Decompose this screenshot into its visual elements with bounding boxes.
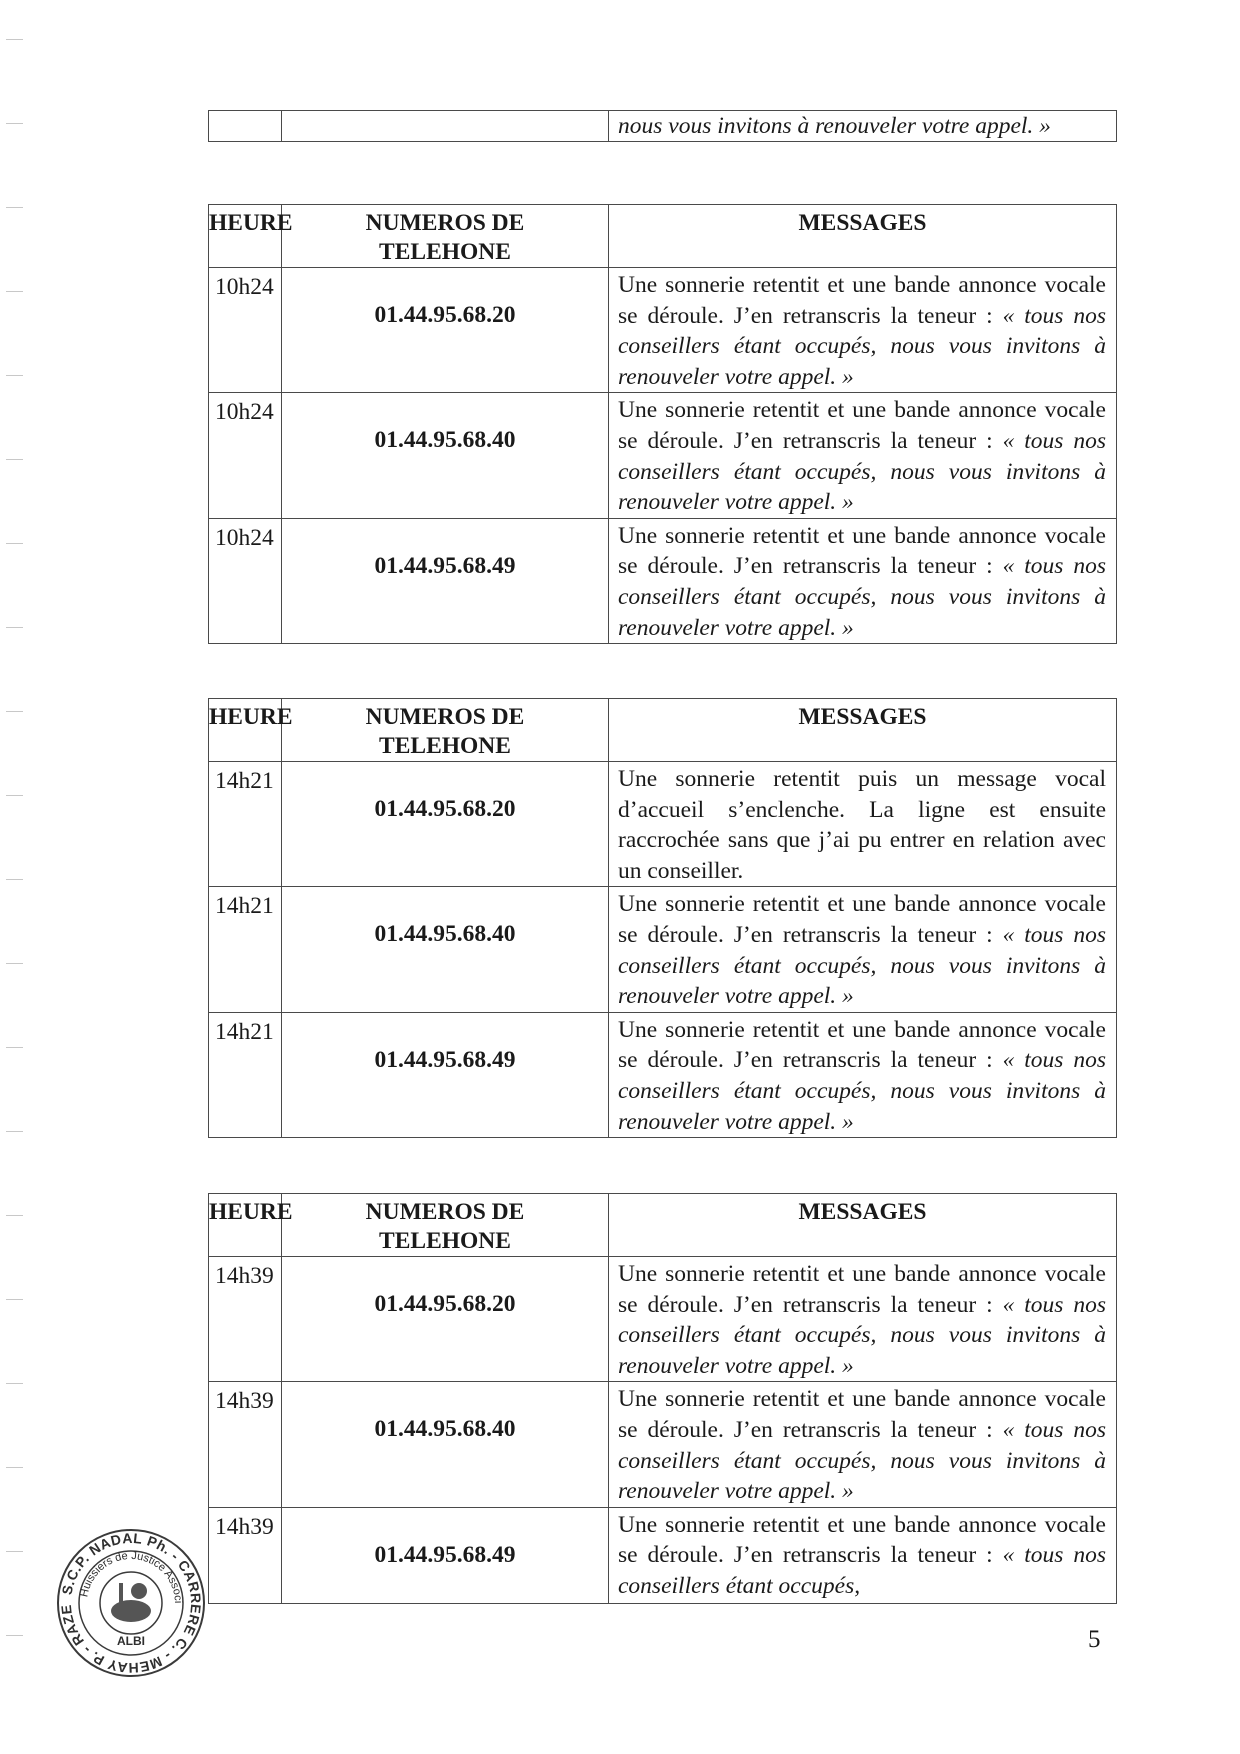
time-cell: 14h39	[209, 1257, 282, 1382]
phone-cell: 01.44.95.68.20	[282, 762, 609, 887]
header-row: HEURENUMEROS DETELEHONEMESSAGES	[209, 1194, 1117, 1257]
header-time: HEURE	[209, 699, 282, 762]
time-cell: 10h24	[209, 268, 282, 393]
phone-cell: 01.44.95.68.40	[282, 393, 609, 518]
header-phone: NUMEROS DETELEHONE	[282, 699, 609, 762]
phone-cell: 01.44.95.68.20	[282, 268, 609, 393]
phone-cell: 01.44.95.68.20	[282, 1257, 609, 1382]
phone-cell: 01.44.95.68.40	[282, 887, 609, 1012]
message-cell: Une sonnerie retentit et une bande annon…	[609, 393, 1117, 518]
table-row: 10h2401.44.95.68.20Une sonnerie retentit…	[209, 268, 1117, 393]
table-row: 14h3901.44.95.68.49Une sonnerie retentit…	[209, 1507, 1117, 1603]
message-cell: Une sonnerie retentit puis un message vo…	[609, 762, 1117, 887]
continuation-table: nous vous invitons à renouveler votre ap…	[208, 110, 1117, 142]
phone-cell	[282, 111, 609, 142]
table-row: 14h2101.44.95.68.20Une sonnerie retentit…	[209, 762, 1117, 887]
table-row: 10h2401.44.95.68.49Une sonnerie retentit…	[209, 518, 1117, 643]
svg-text:ALBI: ALBI	[117, 1634, 145, 1648]
header-phone: NUMEROS DETELEHONE	[282, 205, 609, 268]
time-cell: 14h39	[209, 1382, 282, 1507]
phone-cell: 01.44.95.68.49	[282, 1507, 609, 1603]
phone-cell: 01.44.95.68.40	[282, 1382, 609, 1507]
call-log-table: HEURENUMEROS DETELEHONEMESSAGES14h2101.4…	[208, 698, 1117, 1138]
header-row: HEURENUMEROS DETELEHONEMESSAGES	[209, 699, 1117, 762]
message-cell: Une sonnerie retentit et une bande annon…	[609, 1382, 1117, 1507]
table-row: 10h2401.44.95.68.40Une sonnerie retentit…	[209, 393, 1117, 518]
time-cell: 10h24	[209, 393, 282, 518]
header-time: HEURE	[209, 1194, 282, 1257]
call-log-table: HEURENUMEROS DETELEHONEMESSAGES10h2401.4…	[208, 204, 1117, 644]
time-cell: 14h21	[209, 1012, 282, 1137]
header-messages: MESSAGES	[609, 1194, 1117, 1257]
time-cell: 14h21	[209, 762, 282, 887]
time-cell: 10h24	[209, 518, 282, 643]
message-cell: Une sonnerie retentit et une bande annon…	[609, 887, 1117, 1012]
table-row: 14h3901.44.95.68.40Une sonnerie retentit…	[209, 1382, 1117, 1507]
phone-cell: 01.44.95.68.49	[282, 518, 609, 643]
call-log-table: HEURENUMEROS DETELEHONEMESSAGES14h3901.4…	[208, 1193, 1117, 1604]
header-phone: NUMEROS DETELEHONE	[282, 1194, 609, 1257]
message-cell: nous vous invitons à renouveler votre ap…	[609, 111, 1117, 142]
phone-cell: 01.44.95.68.49	[282, 1012, 609, 1137]
table-row: 14h2101.44.95.68.40Une sonnerie retentit…	[209, 887, 1117, 1012]
header-time: HEURE	[209, 205, 282, 268]
message-cell: Une sonnerie retentit et une bande annon…	[609, 1257, 1117, 1382]
message-cell: Une sonnerie retentit et une bande annon…	[609, 1012, 1117, 1137]
bailiff-stamp-icon: S.C.P. NADAL Ph. - CARRERE C. - MEHAY P.…	[55, 1527, 207, 1679]
message-cell: Une sonnerie retentit et une bande annon…	[609, 1507, 1117, 1603]
table-row: 14h3901.44.95.68.20Une sonnerie retentit…	[209, 1257, 1117, 1382]
time-cell	[209, 111, 282, 142]
header-messages: MESSAGES	[609, 205, 1117, 268]
message-cell: Une sonnerie retentit et une bande annon…	[609, 518, 1117, 643]
time-cell: 14h21	[209, 887, 282, 1012]
table-row: 14h2101.44.95.68.49Une sonnerie retentit…	[209, 1012, 1117, 1137]
header-messages: MESSAGES	[609, 699, 1117, 762]
table-row: nous vous invitons à renouveler votre ap…	[209, 111, 1117, 142]
time-cell: 14h39	[209, 1507, 282, 1603]
header-row: HEURENUMEROS DETELEHONEMESSAGES	[209, 205, 1117, 268]
message-cell: Une sonnerie retentit et une bande annon…	[609, 268, 1117, 393]
page-number: 5	[1088, 1626, 1101, 1654]
